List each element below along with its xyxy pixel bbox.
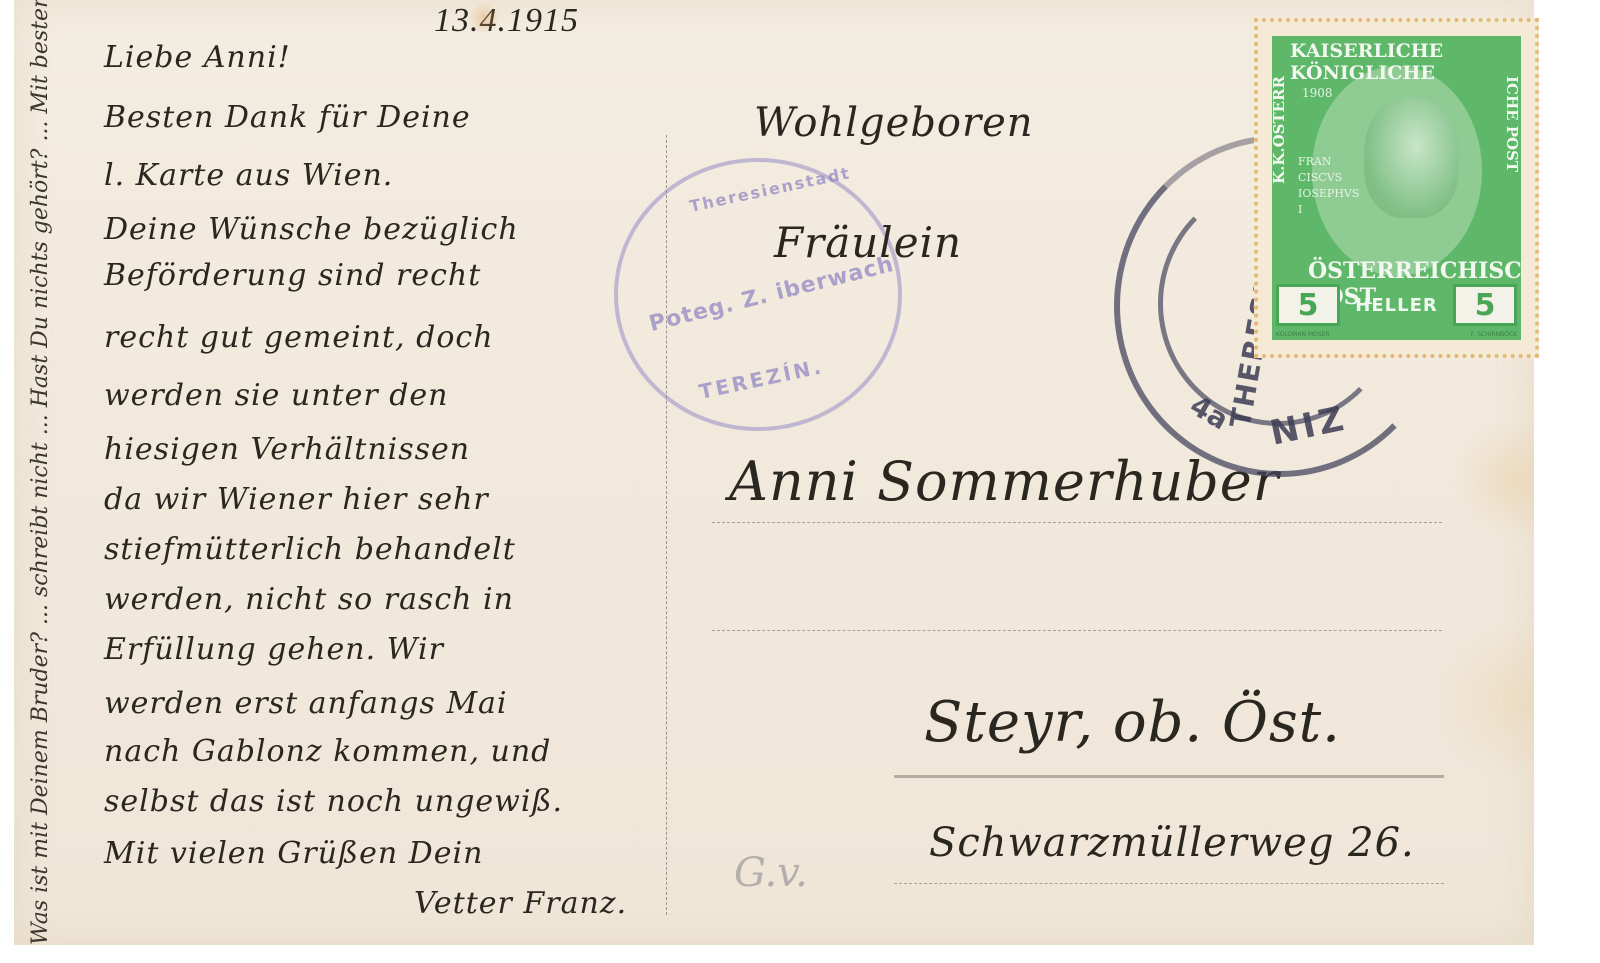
message-line: stiefmütterlich behandelt [104,532,516,567]
stamp-denomination: HELLER [1355,295,1437,316]
caption-line: CISCVS [1298,170,1359,186]
message-line: Mit vielen Grüßen Dein [104,836,483,871]
margin-note: Was ist mit Deinem Bruder? ... schreibt … [28,0,88,945]
message-line: nach Gablonz kommen, und [104,734,551,769]
censor-stamp-top-text: Theresienstadt [688,163,853,216]
message-line: Besten Dank für Deine [104,100,471,135]
message-line: recht gut gemeint, doch [104,320,494,355]
message-line: werden sie unter den [104,378,448,413]
message-line: Erfüllung gehen. Wir [104,632,444,667]
address-street: Schwarzmüllerweg 26. [929,820,1415,866]
message-line: selbst das ist noch ungewiß. [104,784,563,819]
stamp-right-text: ICHE POST [1503,76,1521,172]
stamp-value-row: 5 HELLER 5 [1272,284,1521,326]
address-line-2 [712,630,1442,631]
address-title: Fräulein [774,218,962,267]
stamp-left-text: K.K.ÖSTERR [1272,76,1288,184]
message-line: werden, nicht so rasch in [104,582,514,617]
message-line: Deine Wünsche bezüglich [104,212,519,247]
message-signature: Vetter Franz. [414,886,627,921]
stamp-design: KAISERLICHE KÖNIGLICHE K.K.ÖSTERR ICHE P… [1272,36,1521,340]
caption-line: I [1298,202,1359,218]
message-line: l. Karte aus Wien. [104,158,393,193]
postcard: Was ist mit Deinem Bruder? ... schreibt … [14,0,1534,945]
stamp-designers: KOLOMAN MOSER F. SCHIRNBÖCK [1276,331,1517,338]
stamp-top-text: KAISERLICHE KÖNIGLICHE [1290,40,1521,84]
message-line: da wir Wiener hier sehr [104,482,489,517]
stamp-portrait-caption: FRAN CISCVS IOSEPHVS I [1298,154,1359,218]
stamp-year: 1908 [1302,86,1333,100]
emperor-portrait-icon [1364,98,1459,218]
stamp-value-right: 5 [1453,284,1517,326]
caption-line: IOSEPHVS [1298,186,1359,202]
caption-line: FRAN [1298,154,1359,170]
address-city: Steyr, ob. Öst. [924,690,1341,755]
pencil-mark: G.v. [734,850,808,896]
message-line: Beförderung sind recht [104,258,481,293]
message-salutation: Liebe Anni! [104,40,291,75]
address-name: Anni Sommerhuber [729,450,1280,513]
message-date: 13.4.1915 [434,2,579,40]
censor-stamp-bottom-text: TEREZÍN. [697,354,826,404]
stamp-value-left: 5 [1276,284,1340,326]
designer-left: KOLOMAN MOSER [1276,331,1330,338]
designer-right: F. SCHIRNBÖCK [1471,331,1517,338]
address-line-4 [894,883,1444,884]
message-line: hiesigen Verhältnissen [104,432,470,467]
postage-stamp: KAISERLICHE KÖNIGLICHE K.K.ÖSTERR ICHE P… [1254,18,1539,358]
address-honorific: Wohlgeboren [754,100,1034,146]
message-line: werden erst anfangs Mai [104,686,508,721]
censor-stamp: Theresienstadt Poteg. Z. iberwach TEREZÍ… [614,158,902,431]
address-line-1 [712,522,1442,523]
address-line-3 [894,775,1444,778]
